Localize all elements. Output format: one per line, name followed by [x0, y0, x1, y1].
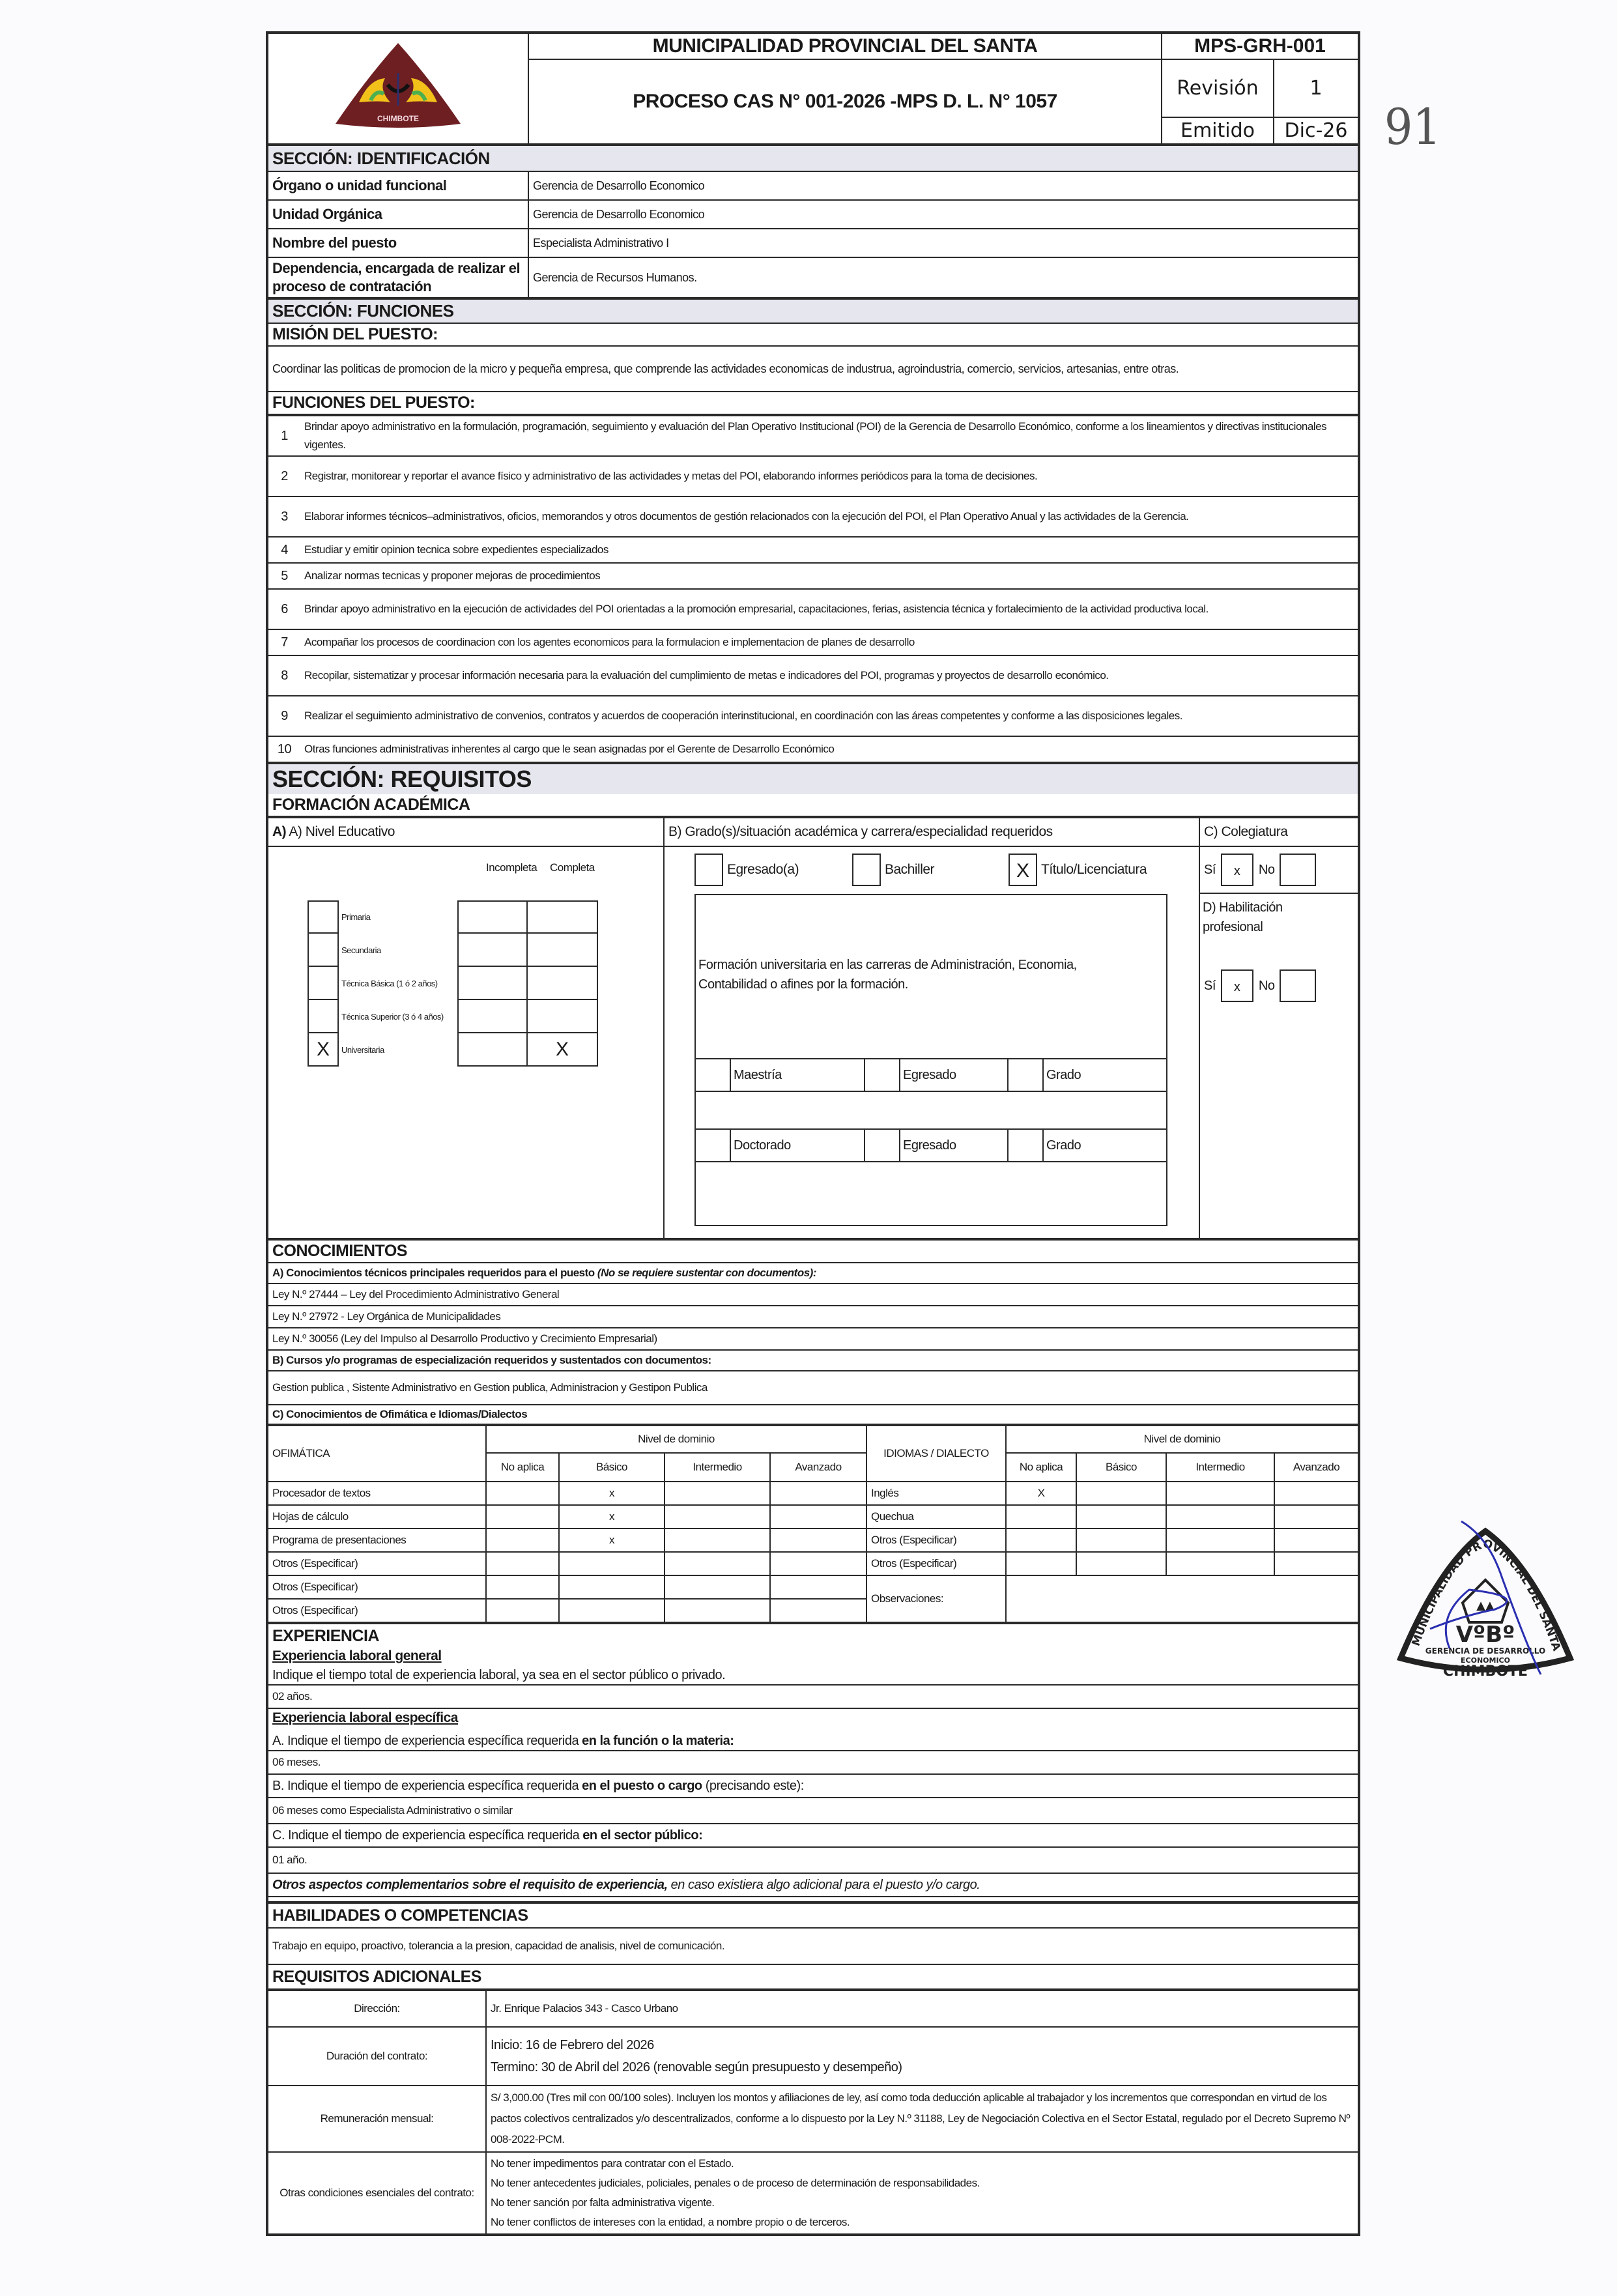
duracion-label: Duración del contrato: [268, 2027, 486, 2086]
nivel-label: Primaria [339, 900, 457, 934]
ofimatica-level-cell[interactable] [486, 1482, 559, 1505]
funciones-list: 1Brindar apoyo administrativo en la form… [267, 415, 1359, 763]
level-header: Básico [1076, 1453, 1166, 1482]
habilitacion-title: D) Habilitación profesional [1203, 898, 1294, 937]
ofimatica-level-cell[interactable] [559, 1599, 665, 1622]
nivel-incompleta[interactable] [457, 900, 528, 934]
funcion-text: Estudiar y emitir opinion tecnica sobre … [300, 537, 1358, 563]
funcion-row: 4Estudiar y emitir opinion tecnica sobre… [268, 537, 1358, 563]
question-b: B. Indique el tiempo de experiencia espe… [268, 1774, 1358, 1798]
maestria-egresado: Egresado [900, 1059, 1009, 1091]
ofimatica-row: Otros (Especificar)Otros (Especificar) [268, 1552, 1358, 1575]
conocimientos-c-title: C) Conocimientos de Ofimática e Idiomas/… [268, 1405, 1358, 1424]
funcion-text: Analizar normas tecnicas y proponer mejo… [300, 563, 1358, 589]
duracion-value: Inicio: 16 de Febrero del 2026 Termino: … [486, 2027, 1358, 2086]
level-header: No aplica [486, 1453, 559, 1482]
col-completa: Completa [550, 861, 595, 874]
nivel-checkbox[interactable] [308, 934, 339, 967]
idioma-level-cell[interactable] [1006, 1505, 1076, 1528]
idioma-level-cell[interactable] [1166, 1552, 1274, 1575]
nivel-label: Técnica Superior (3 ó 4 años) [339, 1000, 457, 1033]
funcion-number: 2 [268, 456, 300, 496]
ofimatica-level-cell[interactable] [770, 1505, 866, 1528]
idioma-level-cell[interactable] [1274, 1505, 1358, 1528]
checkbox-titulo[interactable]: X [1009, 854, 1037, 886]
ofimatica-level-cell[interactable] [665, 1482, 770, 1505]
otras-condiciones-label: Otras condiciones esenciales del contrat… [268, 2152, 486, 2234]
funcion-row: 3Elaborar informes técnicos–administrati… [268, 496, 1358, 537]
nivel-title: A) A) Nivel Educativo [268, 818, 664, 846]
grado-options: Egresado(a) Bachiller X Título/Licenciat… [694, 854, 1147, 886]
nivel-dominio-header: Nivel de dominio [486, 1426, 866, 1453]
experiencia-title: EXPERIENCIA [272, 1627, 1354, 1646]
doctorado-label: Doctorado [731, 1130, 865, 1161]
experiencia-section: EXPERIENCIA Experiencia laboral general … [267, 1623, 1359, 1902]
experiencia-especifica-title: Experiencia laboral específica [272, 1710, 1354, 1726]
nivel-completa[interactable] [528, 900, 598, 934]
approval-stamp-icon: ▲▲ VºBº GERENCIA DE DESARROLLO ECONOMICO… [1391, 1518, 1580, 1687]
colegiatura-options: Sí x No [1204, 854, 1316, 886]
level-header: Intermedio [665, 1453, 770, 1482]
answer-b: 06 meses como Especialista Administrativ… [268, 1798, 1358, 1824]
habilitacion-no-checkbox[interactable] [1280, 969, 1316, 1002]
nivel-completa[interactable]: X [528, 1033, 598, 1067]
option-label: Egresado(a) [723, 862, 852, 878]
experiencia-general-title: Experiencia laboral general [272, 1648, 1354, 1664]
idioma-level-cell[interactable] [1166, 1505, 1274, 1528]
funcion-number: 4 [268, 537, 300, 563]
conocimientos-b-title: B) Cursos y/o programas de especializaci… [268, 1350, 1358, 1371]
level-header: Avanzado [1274, 1453, 1358, 1482]
observaciones-label: Observaciones: [866, 1575, 1006, 1622]
question-c: C. Indique el tiempo de experiencia espe… [268, 1824, 1358, 1847]
idioma-level-cell[interactable] [1006, 1552, 1076, 1575]
ley-item: Ley N.º 27972 - Ley Orgánica de Municipa… [268, 1306, 1358, 1328]
svg-text:CHIMBOTE: CHIMBOTE [377, 114, 419, 123]
idioma-item: Otros (Especificar) [866, 1528, 1006, 1552]
ofimatica-item: Otros (Especificar) [268, 1575, 486, 1599]
funciones-section: SECCIÓN: FUNCIONES MISIÓN DEL PUESTO: Co… [267, 298, 1359, 415]
ofimatica-level-cell[interactable] [486, 1528, 559, 1552]
issued-value: Dic-26 [1274, 117, 1358, 144]
org-name: MUNICIPALIDAD PROVINCIAL DEL SANTA [528, 33, 1162, 59]
remuneracion-value: S/ 3,000.00 (Tres mil con 00/100 soles).… [486, 2086, 1358, 2152]
funcion-number: 5 [268, 563, 300, 589]
formacion-title: FORMACIÓN ACADÉMICA [268, 794, 1358, 816]
issued-label: Emitido [1162, 117, 1274, 144]
ofimatica-level-cell[interactable] [770, 1528, 866, 1552]
ofimatica-item: Programa de presentaciones [268, 1528, 486, 1552]
mision-text: Coordinar las politicas de promocion de … [268, 346, 1358, 392]
colegiatura-no-checkbox[interactable] [1280, 854, 1316, 886]
nivel-incompleta[interactable] [457, 1000, 528, 1033]
experiencia-especifica-header: Experiencia laboral específica A. Indiqu… [268, 1708, 1358, 1751]
checkbox-bachiller[interactable] [852, 854, 881, 886]
colegiatura-si-checkbox[interactable]: x [1221, 854, 1253, 886]
nivel-educativo-panel: Incompleta Completa PrimariaSecundariaTé… [268, 846, 664, 1239]
ofimatica-level-cell[interactable]: x [559, 1528, 665, 1552]
identificacion-section: SECCIÓN: IDENTIFICACIÓN Órgano o unidad … [267, 145, 1359, 298]
habilitacion-si-label: Sí [1204, 979, 1216, 994]
idioma-level-cell[interactable] [1274, 1482, 1358, 1505]
ofimatica-header: OFIMÁTICA [268, 1426, 486, 1482]
funciones-title: FUNCIONES DEL PUESTO: [268, 392, 1358, 414]
logo-cell: CHIMBOTE [268, 33, 528, 144]
habilidades-title: HABILIDADES O COMPETENCIAS [268, 1903, 1358, 1928]
idioma-level-cell[interactable] [1274, 1528, 1358, 1552]
adicionales-title: REQUISITOS ADICIONALES [268, 1964, 1358, 1989]
question-a: A. Indique el tiempo de experiencia espe… [272, 1734, 1354, 1749]
svg-text:VºBº: VºBº [1456, 1622, 1515, 1648]
ofimatica-item: Otros (Especificar) [268, 1552, 486, 1575]
nivel-completa[interactable] [528, 934, 598, 967]
ley-item: Ley N.º 27444 – Ley del Procedimiento Ad… [268, 1284, 1358, 1306]
ofimatica-level-cell[interactable] [770, 1482, 866, 1505]
cas-form: CHIMBOTE MUNICIPALIDAD PROVINCIAL DEL SA… [266, 31, 1360, 2236]
ofimatica-level-cell[interactable]: x [559, 1482, 665, 1505]
idioma-level-cell[interactable] [1274, 1552, 1358, 1575]
idioma-level-cell[interactable] [1076, 1552, 1166, 1575]
ofimatica-item: Procesador de textos [268, 1482, 486, 1505]
field-label: Órgano o unidad funcional [268, 171, 528, 200]
funcion-number: 7 [268, 629, 300, 655]
experiencia-header: EXPERIENCIA Experiencia laboral general … [268, 1624, 1358, 1685]
nivel-checkbox[interactable] [308, 967, 339, 1000]
funcion-text: Otras funciones administrativas inherent… [300, 736, 1358, 762]
funcion-number: 3 [268, 496, 300, 537]
section-title-requisitos: SECCIÓN: REQUISITOS [268, 764, 1358, 794]
field-value: Gerencia de Desarrollo Economico [528, 200, 1358, 229]
colegiatura-title: C) Colegiatura [1199, 818, 1358, 846]
funcion-text: Brindar apoyo administrativo en la formu… [300, 416, 1358, 456]
experiencia-general-answer: 02 años. [268, 1685, 1358, 1708]
funcion-row: 7Acompañar los procesos de coordinacion … [268, 629, 1358, 655]
ofimatica-level-cell[interactable] [665, 1575, 770, 1599]
idioma-level-cell[interactable] [1076, 1482, 1166, 1505]
doctorado-egresado: Egresado [900, 1130, 1009, 1161]
option-label: Bachiller [881, 862, 1009, 878]
idioma-level-cell[interactable]: X [1006, 1482, 1076, 1505]
funcion-row: 2Registrar, monitorear y reportar el ava… [268, 456, 1358, 496]
funcion-text: Recopilar, sistematizar y procesar infor… [300, 655, 1358, 696]
nivel-incompleta[interactable] [457, 967, 528, 1000]
ofimatica-level-cell[interactable] [486, 1505, 559, 1528]
funcion-text: Registrar, monitorear y reportar el avan… [300, 456, 1358, 496]
funcion-row: 8Recopilar, sistematizar y procesar info… [268, 655, 1358, 696]
col-incompleta: Incompleta [486, 861, 537, 874]
form-header: CHIMBOTE MUNICIPALIDAD PROVINCIAL DEL SA… [267, 33, 1359, 145]
ofimatica-level-cell[interactable] [665, 1552, 770, 1575]
funcion-text: Realizar el seguimiento administrativo d… [300, 696, 1358, 736]
ofimatica-level-cell[interactable] [665, 1599, 770, 1622]
idioma-level-cell[interactable] [1076, 1528, 1166, 1552]
termino: Termino: 30 de Abril del 2026 (renovable… [491, 2056, 1354, 2078]
field-label: Nombre del puesto [268, 229, 528, 257]
condicion-item: No tener antecedentes judiciales, polici… [491, 2174, 1354, 2193]
revision-value: 1 [1274, 59, 1358, 117]
nivel-incompleta[interactable] [457, 1033, 528, 1067]
ofimatica-level-cell[interactable] [665, 1528, 770, 1552]
funcion-text: Elaborar informes técnicos–administrativ… [300, 496, 1358, 537]
ofimatica-level-cell[interactable] [770, 1575, 866, 1599]
level-header: No aplica [1006, 1453, 1076, 1482]
nivel-completa[interactable] [528, 967, 598, 1000]
conocimientos-title: CONOCIMIENTOS [268, 1240, 1358, 1263]
field-label: Dependencia, encargada de realizar el pr… [268, 257, 528, 298]
condicion-item: No tener conflictos de intereses con la … [491, 2213, 1354, 2232]
idioma-level-cell[interactable] [1076, 1505, 1166, 1528]
svg-text:CHIMBOTE: CHIMBOTE [1443, 1663, 1528, 1680]
level-header: Avanzado [770, 1453, 866, 1482]
colegiatura-no-label: No [1259, 863, 1275, 878]
level-header: Intermedio [1166, 1453, 1274, 1482]
revision-label: Revisión [1162, 59, 1274, 117]
nivel-checkbox[interactable] [308, 1000, 339, 1033]
funcion-text: Acompañar los procesos de coordinacion c… [300, 629, 1358, 655]
funcion-row: 5Analizar normas tecnicas y proponer mej… [268, 563, 1358, 589]
cursos-value: Gestion publica , Sistente Administrativ… [268, 1371, 1358, 1405]
requisitos-section: SECCIÓN: REQUISITOS FORMACIÓN ACADÉMICA [267, 763, 1359, 817]
mision-title: MISIÓN DEL PUESTO: [268, 323, 1358, 346]
direccion-label: Dirección: [268, 1990, 486, 2027]
ofimatica-row: Procesador de textosxInglésX [268, 1482, 1358, 1505]
habilidades-section: HABILIDADES O COMPETENCIAS Trabajo en eq… [267, 1902, 1359, 1990]
funcion-number: 9 [268, 696, 300, 736]
formacion-academica: A) A) Nivel Educativo B) Grado(s)/situac… [267, 817, 1359, 1239]
funcion-number: 1 [268, 416, 300, 456]
handwritten-page-number: 91 [1384, 98, 1441, 156]
ofimatica-row: Otros (Especificar)Observaciones: [268, 1575, 1358, 1599]
otros-aspectos: Otros aspectos complementarios sobre el … [268, 1873, 1358, 1897]
habilitacion-si-checkbox[interactable]: x [1221, 969, 1253, 1002]
section-title-funciones: SECCIÓN: FUNCIONES [268, 299, 1358, 323]
doc-code: MPS-GRH-001 [1162, 33, 1358, 59]
idioma-item: Quechua [866, 1505, 1006, 1528]
habilitacion-no-label: No [1259, 979, 1275, 994]
carrera-box: Formación universitaria en las carreras … [694, 894, 1167, 1226]
ofimatica-level-cell[interactable] [770, 1599, 866, 1622]
colegiatura-si-label: Sí [1204, 863, 1216, 878]
inicio: Inicio: 16 de Febrero del 2026 [491, 2034, 1354, 2056]
maestria-grado: Grado [1044, 1059, 1081, 1091]
checkbox-egresado[interactable] [694, 854, 723, 886]
funcion-row: 9Realizar el seguimiento administrativo … [268, 696, 1358, 736]
nivel-checkbox[interactable] [308, 900, 339, 934]
observaciones-value[interactable] [1006, 1575, 1358, 1622]
otras-condiciones-value: No tener impedimentos para contratar con… [486, 2152, 1358, 2234]
option-label: Título/Licenciatura [1037, 862, 1147, 878]
field-value: Gerencia de Recursos Humanos. [528, 257, 1358, 298]
ofimatica-row: Hojas de cálculoxQuechua [268, 1505, 1358, 1528]
ofimatica-item: Hojas de cálculo [268, 1505, 486, 1528]
nivel-label: Técnica Básica (1 ó 2 años) [339, 967, 457, 1000]
ofimatica-level-cell[interactable] [559, 1552, 665, 1575]
funcion-row: 6Brindar apoyo administrativo en la ejec… [268, 589, 1358, 629]
habilidades-value: Trabajo en equipo, proactivo, tolerancia… [268, 1928, 1358, 1964]
level-header: Básico [559, 1453, 665, 1482]
ofimatica-row: Programa de presentacionesxOtros (Especi… [268, 1528, 1358, 1552]
nivel-row: Secundaria [308, 934, 598, 967]
maestria-row: Maestría Egresado Grado [694, 1058, 1167, 1092]
doctorado-grado: Grado [1044, 1130, 1081, 1161]
funcion-row: 10Otras funciones administrativas inhere… [268, 736, 1358, 762]
remuneracion-label: Remuneración mensual: [268, 2086, 486, 2152]
field-label: Unidad Orgánica [268, 200, 528, 229]
grado-title: B) Grado(s)/situación académica y carrer… [664, 818, 1199, 846]
nivel-label: Secundaria [339, 934, 457, 967]
ofimatica-level-cell[interactable] [770, 1552, 866, 1575]
conocimientos-a-title: A) Conocimientos técnicos principales re… [268, 1263, 1358, 1284]
funcion-text: Brindar apoyo administrativo en la ejecu… [300, 589, 1358, 629]
idioma-item: Otros (Especificar) [866, 1552, 1006, 1575]
ofimatica-idiomas-table: OFIMÁTICA Nivel de dominio IDIOMAS / DIA… [267, 1425, 1359, 1623]
colegiatura-panel: Sí x No D) Habilitación profesional Sí x… [1199, 846, 1358, 1239]
direccion-value: Jr. Enrique Palacios 343 - Casco Urbano [486, 1990, 1358, 2027]
nivel-label: Universitaria [339, 1033, 457, 1067]
funcion-row: 1Brindar apoyo administrativo en la form… [268, 416, 1358, 456]
funcion-number: 8 [268, 655, 300, 696]
condicion-item: No tener sanción por falta administrativ… [491, 2193, 1354, 2213]
field-value: Gerencia de Desarrollo Economico [528, 171, 1358, 200]
svg-text:GERENCIA DE DESARROLLO: GERENCIA DE DESARROLLO [1425, 1646, 1545, 1656]
ofimatica-item: Otros (Especificar) [268, 1599, 486, 1622]
ofimatica-level-cell[interactable] [486, 1599, 559, 1622]
idiomas-header: IDIOMAS / DIALECTO [866, 1426, 1006, 1482]
nivel-row: Técnica Básica (1 ó 2 años) [308, 967, 598, 1000]
nivel-row: Primaria [308, 900, 598, 934]
ley-item: Ley N.º 30056 (Ley del Impulso al Desarr… [268, 1328, 1358, 1350]
idioma-level-cell[interactable] [1006, 1528, 1076, 1552]
ofimatica-level-cell[interactable] [559, 1575, 665, 1599]
process-title: PROCESO CAS N° 001-2026 -MPS D. L. N° 10… [528, 59, 1162, 144]
municipal-logo-icon: CHIMBOTE [333, 40, 463, 132]
experiencia-general-question: Indique el tiempo total de experiencia l… [272, 1668, 1354, 1683]
ofimatica-level-cell[interactable] [486, 1575, 559, 1599]
answer-a: 06 meses. [268, 1751, 1358, 1774]
section-title-identificacion: SECCIÓN: IDENTIFICACIÓN [268, 145, 1358, 171]
otros-aspectos-value [268, 1897, 1358, 1902]
idioma-level-cell[interactable] [1166, 1528, 1274, 1552]
doctorado-row: Doctorado Egresado Grado [694, 1128, 1167, 1162]
nivel-dominio-header: Nivel de dominio [1006, 1426, 1358, 1453]
condicion-item: No tener impedimentos para contratar con… [491, 2154, 1354, 2174]
idioma-item: Inglés [866, 1482, 1006, 1505]
grado-panel: Egresado(a) Bachiller X Título/Licenciat… [664, 846, 1199, 1239]
habilitacion-options: Sí x No [1204, 969, 1316, 1002]
conocimientos-section: CONOCIMIENTOS A) Conocimientos técnicos … [267, 1239, 1359, 1425]
funcion-number: 10 [268, 736, 300, 762]
nivel-completa[interactable] [528, 1000, 598, 1033]
answer-c: 01 año. [268, 1847, 1358, 1873]
nivel-row: XUniversitariaX [308, 1033, 598, 1067]
nivel-row: Técnica Superior (3 ó 4 años) [308, 1000, 598, 1033]
idioma-level-cell[interactable] [1166, 1482, 1274, 1505]
maestria-label: Maestría [731, 1059, 865, 1091]
ofimatica-level-cell[interactable]: x [559, 1505, 665, 1528]
ofimatica-level-cell[interactable] [665, 1505, 770, 1528]
funcion-number: 6 [268, 589, 300, 629]
nivel-checkbox[interactable]: X [308, 1033, 339, 1067]
carrera-text: Formación universitaria en las carreras … [698, 955, 1089, 994]
ofimatica-level-cell[interactable] [486, 1552, 559, 1575]
field-value: Especialista Administrativo I [528, 229, 1358, 257]
requisitos-adicionales-table: Dirección: Jr. Enrique Palacios 343 - Ca… [267, 1990, 1359, 2235]
nivel-incompleta[interactable] [457, 934, 528, 967]
